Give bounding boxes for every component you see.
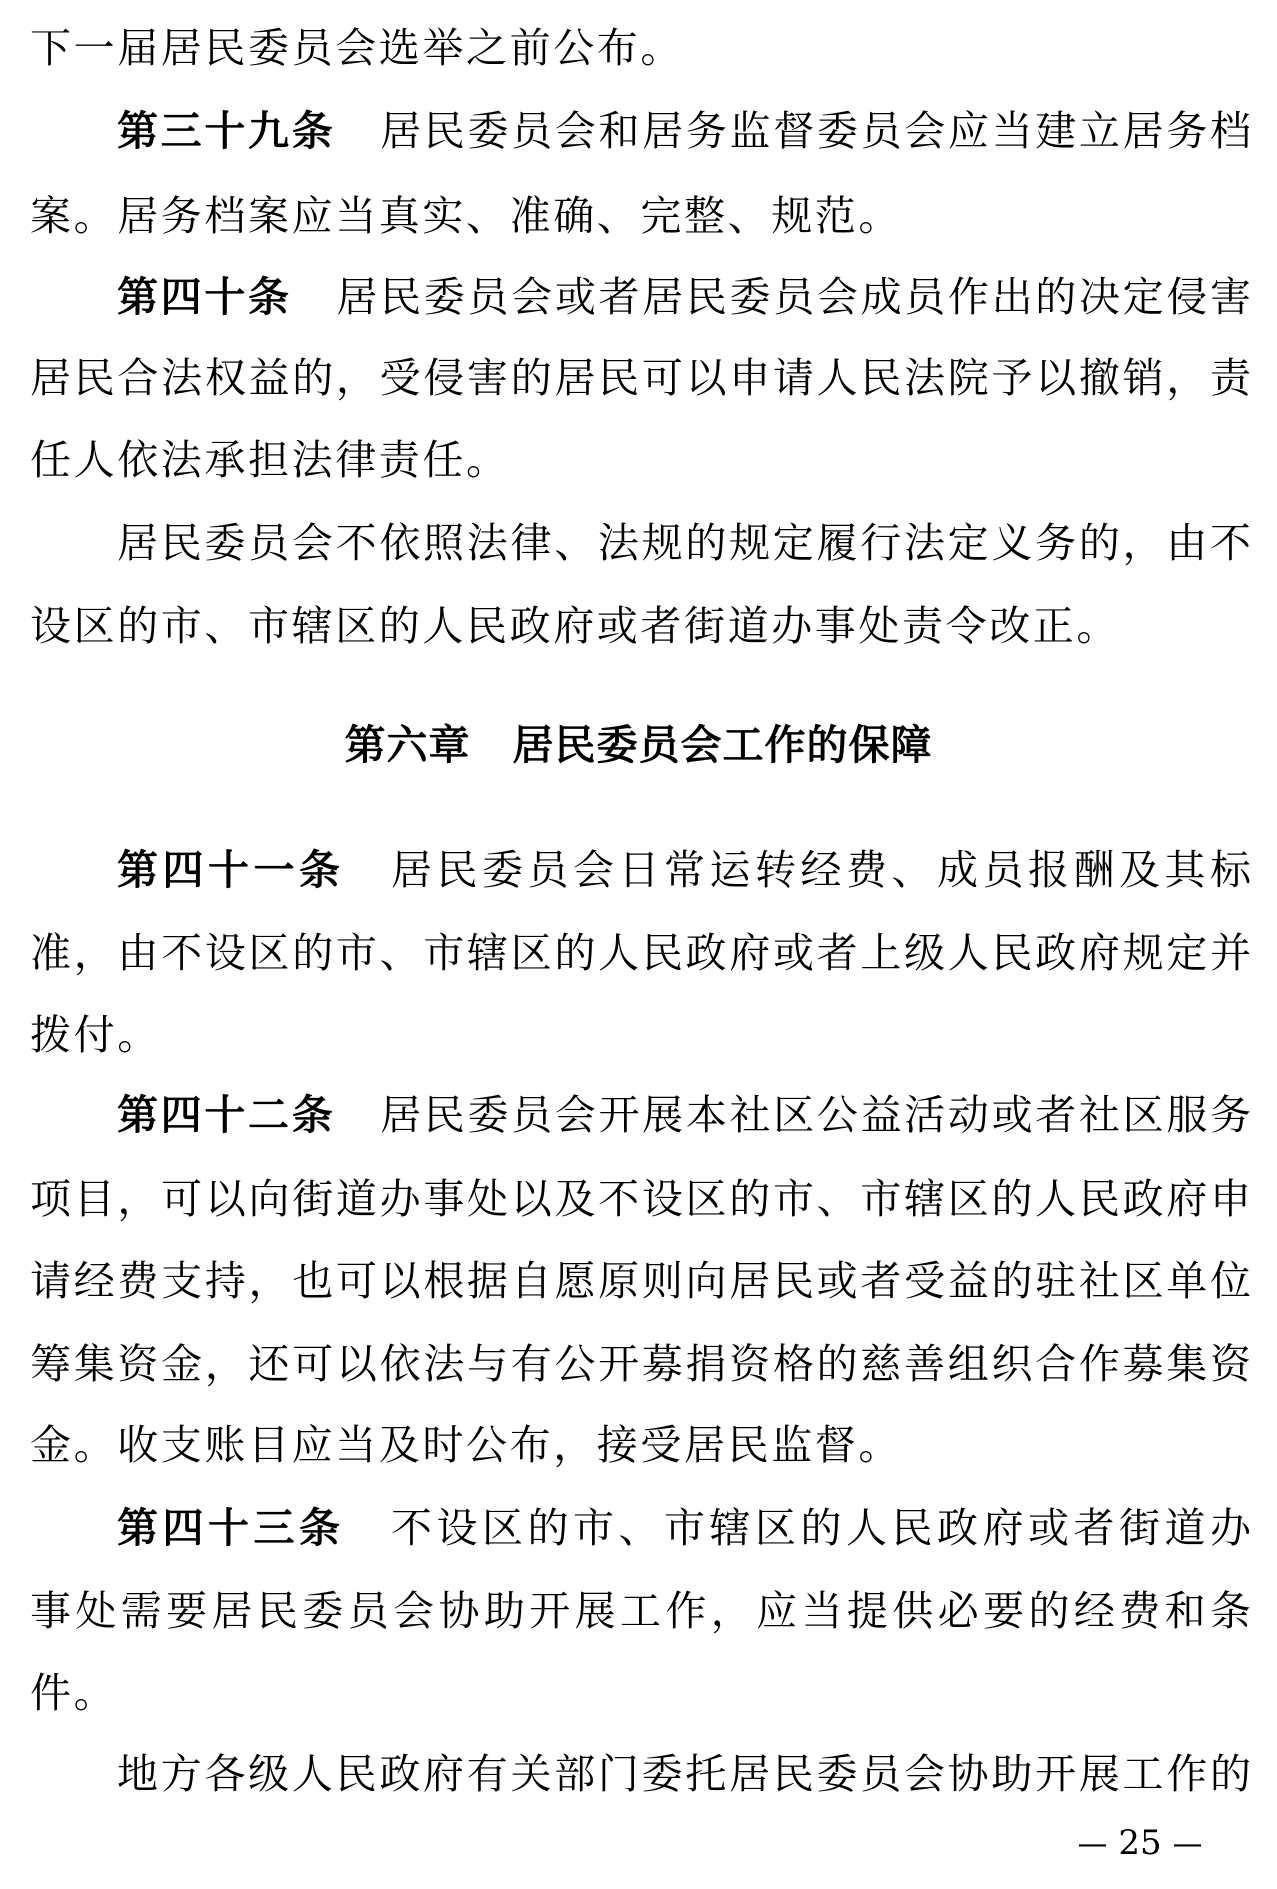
body-text: 拨付。 <box>30 1011 161 1059</box>
paragraph-line: 居民合法权益的，受侵害的居民可以申请人民法院予以撤销，责 <box>30 348 1251 408</box>
paragraph-line: 事处需要居民委员会协助开展工作，应当提供必要的经费和条 <box>30 1581 1251 1641</box>
paragraph-line: 居民委员会不依照法律、法规的规定履行法定义务的，由不 <box>117 513 1251 573</box>
body-text: 地方各级人民政府有关部门委托居民委员会协助开展工作的 <box>117 1750 1251 1798</box>
body-text: 请经费支持，也可以根据自愿原则向居民或者受益的驻社区单位 <box>30 1257 1251 1305</box>
article-label: 第三十九条 <box>117 107 335 155</box>
body-text: 件。 <box>30 1669 117 1717</box>
body-text: 不设区的市、市辖区的人民政府或者街道办 <box>387 1504 1252 1552</box>
paragraph-line: 筹集资金，还可以依法与有公开募捐资格的慈善组织合作募集资 <box>30 1334 1251 1394</box>
body-text: 居民委员会或者居民委员会成员作出的决定侵害 <box>334 273 1251 321</box>
body-text: 居民委员会不依照法律、法规的规定履行法定义务的，由不 <box>117 519 1251 567</box>
article-43-line: 第四十三条不设区的市、市辖区的人民政府或者街道办 <box>117 1498 1251 1558</box>
body-text: 事处需要居民委员会协助开展工作，应当提供必要的经费和条 <box>30 1587 1251 1635</box>
body-text: 居民委员会和居务监督委员会应当建立居务档 <box>377 107 1251 155</box>
article-39-line: 第三十九条居民委员会和居务监督委员会应当建立居务档 <box>117 101 1251 161</box>
body-text: 任人依法承担法律责任。 <box>30 436 510 484</box>
article-40-line: 第四十条居民委员会或者居民委员会成员作出的决定侵害 <box>117 267 1251 327</box>
article-label: 第四十一条 <box>117 846 345 894</box>
paragraph-line: 任人依法承担法律责任。 <box>30 430 1251 490</box>
body-text: 下一届居民委员会选举之前公布。 <box>30 24 684 72</box>
page-number-value: 25 <box>1118 1823 1161 1863</box>
paragraph-line: 金。收支账目应当及时公布，接受居民监督。 <box>30 1415 1251 1475</box>
body-text: 居民合法权益的，受侵害的居民可以申请人民法院予以撤销，责 <box>30 354 1251 402</box>
paragraph-line: 设区的市、市辖区的人民政府或者街道办事处责令改正。 <box>30 596 1251 656</box>
chapter-number: 第六章 <box>345 721 471 769</box>
body-text: 准，由不设区的市、市辖区的人民政府或者上级人民政府规定并 <box>30 929 1251 977</box>
chapter-title: 居民委员会工作的保障 <box>513 721 933 769</box>
article-label: 第四十三条 <box>117 1504 345 1552</box>
paragraph-line: 项目，可以向街道办事处以及不设区的市、市辖区的人民政府申 <box>30 1169 1251 1229</box>
chapter-heading: 第六章居民委员会工作的保障 <box>0 715 1277 775</box>
paragraph-line: 下一届居民委员会选举之前公布。 <box>30 18 1251 78</box>
body-text: 居民委员会开展本社区公益活动或者社区服务 <box>377 1091 1251 1139</box>
body-text: 居民委员会日常运转经费、成员报酬及其标 <box>387 846 1252 894</box>
paragraph-line: 拨付。 <box>30 1005 1251 1065</box>
paragraph-line: 件。 <box>30 1663 1251 1723</box>
page-number-dash-left: — <box>1078 1827 1108 1862</box>
paragraph-line: 案。居务档案应当真实、准确、完整、规范。 <box>30 186 1251 246</box>
body-text: 金。收支账目应当及时公布，接受居民监督。 <box>30 1421 902 1469</box>
body-text: 项目，可以向街道办事处以及不设区的市、市辖区的人民政府申 <box>30 1175 1251 1223</box>
body-text: 设区的市、市辖区的人民政府或者街道办事处责令改正。 <box>30 602 1120 650</box>
article-label: 第四十二条 <box>117 1091 335 1139</box>
body-text: 案。居务档案应当真实、准确、完整、规范。 <box>30 192 902 240</box>
article-41-line: 第四十一条居民委员会日常运转经费、成员报酬及其标 <box>117 840 1251 900</box>
page-number-dash-right: — <box>1172 1827 1202 1862</box>
body-text: 筹集资金，还可以依法与有公开募捐资格的慈善组织合作募集资 <box>30 1340 1251 1388</box>
document-page: 下一届居民委员会选举之前公布。 第三十九条居民委员会和居务监督委员会应当建立居务… <box>0 0 1277 1889</box>
paragraph-line: 请经费支持，也可以根据自愿原则向居民或者受益的驻社区单位 <box>30 1251 1251 1311</box>
article-42-line: 第四十二条居民委员会开展本社区公益活动或者社区服务 <box>117 1085 1251 1145</box>
page-number: — 25 — <box>1050 1818 1230 1868</box>
article-label: 第四十条 <box>117 273 292 321</box>
paragraph-line: 地方各级人民政府有关部门委托居民委员会协助开展工作的 <box>117 1744 1251 1804</box>
paragraph-line: 准，由不设区的市、市辖区的人民政府或者上级人民政府规定并 <box>30 923 1251 983</box>
